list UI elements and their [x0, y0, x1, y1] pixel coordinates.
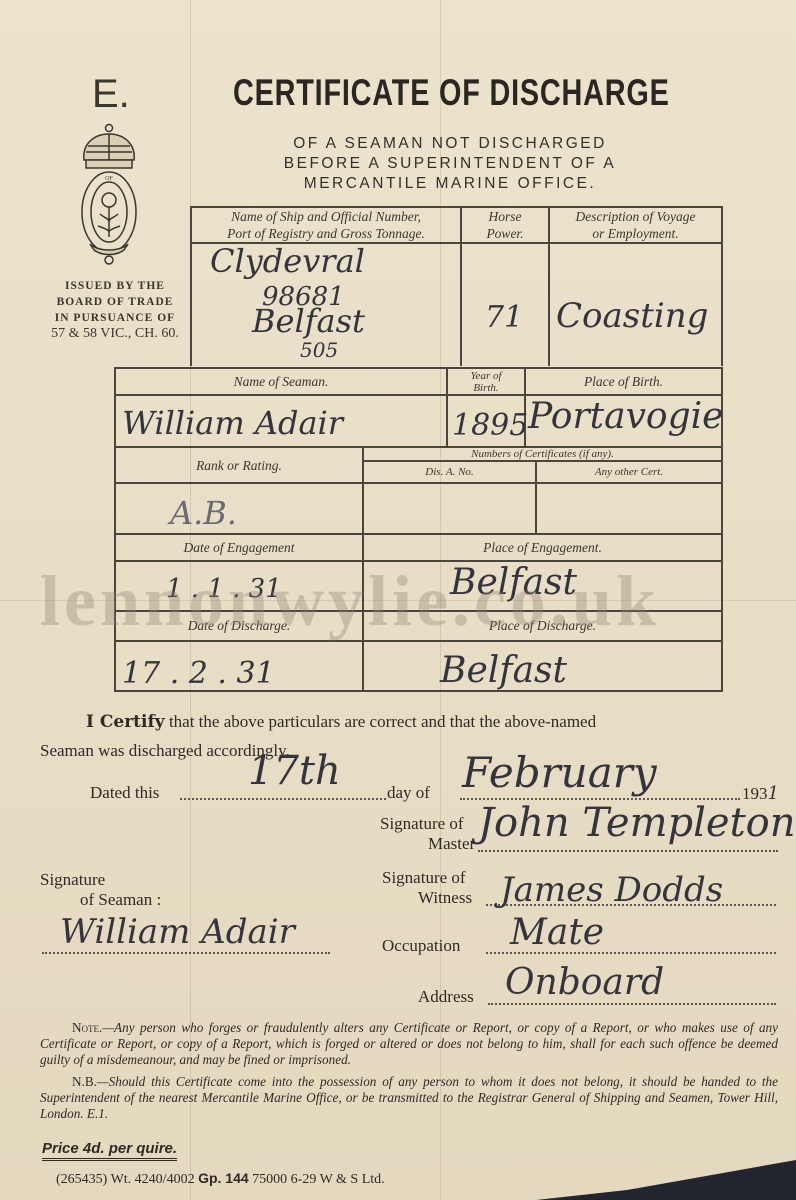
issued-by-line: IN PURSUANCE OF: [30, 310, 200, 326]
price-label: Price 4d. per quire.: [42, 1140, 177, 1161]
month-value: February: [462, 748, 657, 797]
ship-name-value: Clydevral: [210, 242, 365, 280]
header-line: Birth.: [448, 382, 524, 394]
ship-name-header: Name of Ship and Official Number, Port o…: [192, 208, 460, 242]
subtitle-line: BEFORE A SUPERINTENDENT OF A: [260, 154, 640, 174]
issued-by-statement: ISSUED BY THE BOARD OF TRADE IN PURSUANC…: [30, 278, 200, 342]
imprint-printer: 75000 6-29 W & S Ltd.: [252, 1172, 385, 1187]
nb-note: N.B.—Should this Certificate come into t…: [40, 1074, 778, 1122]
address-label: Address: [418, 987, 474, 1007]
horse-power-header: Horse Power.: [462, 208, 548, 242]
address-value: Onboard: [505, 962, 664, 1003]
certification-text: that the above particulars are correct a…: [165, 712, 596, 731]
year-of-birth-header: Year of Birth.: [448, 370, 524, 394]
place-of-engagement-header: Place of Engagement.: [364, 539, 721, 556]
master-signature-label: Signature of: [380, 814, 464, 834]
rank-value: A.B.: [170, 494, 237, 532]
seaman-signature-line: [42, 952, 330, 954]
imprint-group: Gp. 144: [198, 1170, 249, 1186]
certification-line-1: I Certify that the above particulars are…: [86, 712, 596, 732]
date-of-discharge-value: 17 . 2 . 31: [122, 656, 275, 691]
header-line: Description of Voyage: [550, 208, 721, 225]
issued-by-line: BOARD OF TRADE: [30, 294, 200, 310]
seaman-signature-value: William Adair: [60, 912, 295, 952]
occupation-label: Occupation: [382, 936, 460, 956]
witness-label: Witness: [418, 888, 472, 908]
master-label: Master: [428, 834, 475, 854]
other-cert-header: Any other Cert.: [537, 466, 721, 478]
form-letter: E.: [92, 72, 130, 117]
seaman-signature-label: Signature: [40, 870, 105, 890]
port-of-registry-value: Belfast: [252, 302, 365, 340]
voyage-description-value: Coasting: [556, 296, 708, 336]
document-title: CERTIFICATE OF DISCHARGE: [233, 72, 670, 114]
svg-text:OF: OF: [105, 176, 113, 182]
header-line: Horse: [462, 208, 548, 225]
imprint-code: (265435) Wt. 4240/4002: [56, 1172, 195, 1187]
document-subtitle: OF A SEAMAN NOT DISCHARGED BEFORE A SUPE…: [260, 134, 640, 194]
certify-lead: I Certify: [86, 712, 165, 732]
witness-signature-label: Signature of: [382, 868, 466, 888]
legal-note: Note.—Any person who forges or fraudulen…: [40, 1020, 778, 1068]
dis-a-no-header: Dis. A. No.: [364, 466, 535, 478]
certificates-header: Numbers of Certificates (if any).: [364, 448, 721, 460]
statute-reference: 57 & 58 VIC., CH. 60.: [30, 326, 200, 342]
master-signature-value: John Templeton: [478, 800, 796, 846]
header-line: Year of: [448, 370, 524, 382]
year-of-birth-value: 1895: [452, 408, 528, 443]
issued-by-line: ISSUED BY THE: [30, 278, 200, 294]
board-of-trade-crest-icon: OF: [72, 122, 146, 267]
printer-imprint: (265435) Wt. 4240/4002 Gp. 144 75000 6-2…: [56, 1170, 385, 1188]
gross-tonnage-value: 505: [300, 338, 338, 362]
address-line: [488, 1003, 776, 1005]
place-of-birth-header: Place of Birth.: [526, 373, 721, 390]
header-line: Port of Registry and Gross Tonnage.: [192, 225, 460, 242]
day-value: 17th: [248, 748, 341, 794]
witness-signature-value: James Dodds: [500, 870, 723, 910]
horse-power-value: 71: [485, 300, 523, 335]
day-of-label: day of: [387, 783, 430, 803]
master-signature-line: [478, 850, 778, 852]
seaman-name-value: William Adair: [122, 404, 343, 442]
seaman-label: of Seaman :: [80, 890, 161, 910]
header-line: Power.: [462, 225, 548, 242]
day-field-line: [180, 798, 386, 800]
note-text: —Any person who forges or fraudulently a…: [40, 1020, 778, 1067]
nb-text: —Should this Certificate come into the p…: [40, 1074, 778, 1121]
note-lead: Note.: [72, 1020, 102, 1035]
subtitle-line: OF A SEAMAN NOT DISCHARGED: [260, 134, 640, 154]
nb-lead: N.B.: [72, 1074, 97, 1089]
rank-header: Rank or Rating.: [116, 457, 362, 474]
subtitle-line: MERCANTILE MARINE OFFICE.: [260, 174, 640, 194]
occupation-value: Mate: [510, 912, 604, 953]
header-line: or Employment.: [550, 225, 721, 242]
place-of-discharge-value: Belfast: [440, 650, 567, 691]
dated-label: Dated this: [90, 783, 159, 803]
watermark: lennonwylie.co.uk: [40, 560, 660, 643]
date-of-engagement-header: Date of Engagement: [116, 539, 362, 556]
header-line: Name of Ship and Official Number,: [192, 208, 460, 225]
place-of-birth-value: Portavogie: [528, 396, 723, 437]
voyage-header: Description of Voyage or Employment.: [550, 208, 721, 242]
seaman-name-header: Name of Seaman.: [116, 373, 446, 390]
